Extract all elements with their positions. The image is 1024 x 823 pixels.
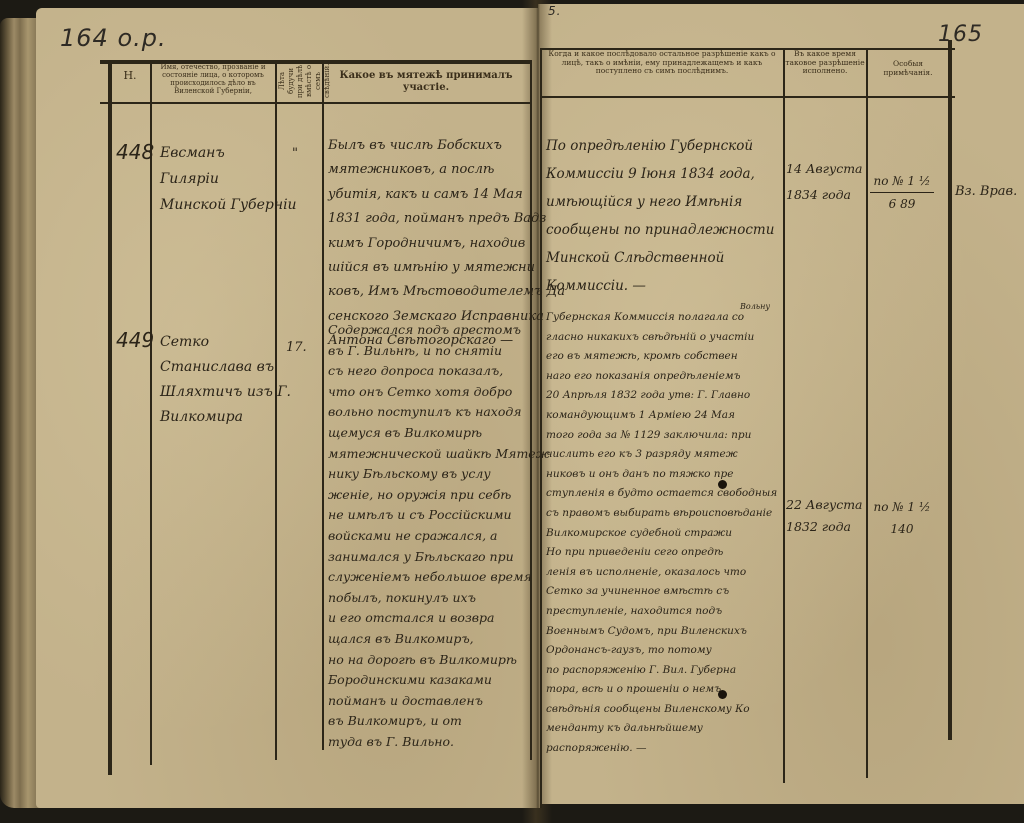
resolution-line: сообщены по принадлежности [546, 216, 774, 244]
col-rule-resolution [783, 48, 785, 783]
participation-line: ковъ, Имъ Мѣстоводителемъ Да [328, 280, 565, 304]
executed-line: 14 Августа [786, 156, 863, 182]
name-line: Шляхтичъ изъ Г. [160, 380, 291, 405]
header-participation: Какое въ мятежѣ принималъ участіе. [324, 70, 528, 93]
resolution-line: наго его показанія опредѣленіемъ [546, 367, 777, 387]
remarks-fraction-bottom: 6 89 [870, 193, 934, 215]
participation-line: въ Вилкомиръ, и от [328, 711, 550, 732]
participation-line: и его отстался и возвра [328, 608, 550, 629]
right-page-top-mark: 5. [548, 4, 561, 18]
resolution-line: его въ мятежѣ, кромѣ собствен [546, 347, 777, 367]
resolution-line: распоряженію. — [546, 739, 777, 759]
remarks-fraction-top: по № 1 ½ [870, 170, 934, 193]
participation-line: что онъ Сетко хотя добро [328, 382, 550, 403]
participation-line: съ него допроса показалъ, [328, 361, 550, 382]
left-margin-rule [108, 60, 112, 775]
participation-line: кимъ Городничимъ, находив [328, 232, 565, 256]
participation-line: мятежнической шайкѣ Мятеж [328, 444, 550, 465]
name-line: Сетко [160, 330, 291, 355]
header-resolution: Когда и какое послѣдовало остальное разр… [542, 50, 782, 76]
name-line: Евсманъ [160, 140, 297, 166]
header-name: Имя, отечество, прозваніе и состояніе ли… [152, 63, 274, 95]
entry-449-name: Сетко Станислава въ Шляхтичъ изъ Г. Вилк… [160, 330, 291, 430]
resolution-line: Вилкомирское судебной стражи [546, 524, 777, 544]
resolution-line: преступленіе, находится подъ [546, 602, 777, 622]
col-rule-age [322, 60, 324, 750]
resolution-line: ступленія в будто остается свободныя [546, 484, 777, 504]
participation-line: не имѣлъ и съ Россійскими [328, 505, 550, 526]
resolution-line: числить его къ 3 разряду мятеж [546, 445, 777, 465]
header-bottom-rule [100, 102, 530, 104]
participation-line: щался въ Вилкомиръ, [328, 629, 550, 650]
participation-line: Бородинскими казаками [328, 670, 550, 691]
resolution-line: Губернская Коммиссія полагала со [546, 308, 777, 328]
participation-line: убитія, какъ и самъ 14 Мая [328, 183, 565, 207]
entry-449-number: 449 [116, 328, 154, 352]
resolution-line: тора, всѣ и о прошеніи о немъ [546, 680, 777, 700]
participation-line: щемуся въ Вилкомирѣ [328, 423, 550, 444]
participation-line: войсками не сражался, а [328, 526, 550, 547]
name-line: Минской Губерніи [160, 192, 297, 218]
participation-line: занимался у Бѣльскаго при [328, 547, 550, 568]
resolution-line: съ правомъ выбирать вѣроисповѣданіе [546, 504, 777, 524]
entry-449-resolution: Губернская Коммиссія полагала со гласно … [546, 308, 777, 759]
resolution-line: командующимъ 1 Арміею 24 Мая [546, 406, 777, 426]
resolution-line: Но при приведеніи сего опредѣ [546, 543, 777, 563]
entry-448-remarks: по № 1 ½ 6 89 [870, 170, 934, 215]
entry-449-participation: Содержался подъ арестомъ въ Г. Вильнѣ, и… [328, 320, 550, 752]
entry-448-age: " [292, 142, 298, 166]
participation-line: туда въ Г. Вильно. [328, 732, 550, 753]
entry-448-name: Евсманъ Гилярiи Минской Губерніи [160, 140, 297, 218]
participation-line: 1831 года, пойманъ предъ Вадз [328, 207, 565, 231]
entry-449-age: 17. [286, 336, 307, 360]
entry-449-remarks: по № 1 ½ 140 [870, 496, 934, 540]
ink-stain [718, 690, 727, 699]
executed-line: 22 Августа [786, 494, 863, 516]
participation-line: въ Г. Вильнѣ, и по снятіи [328, 341, 550, 362]
resolution-line: Коммиссіи. — [546, 272, 774, 300]
resolution-line: Военнымъ Судомъ, при Виленскихъ [546, 622, 777, 642]
col-rule-number [150, 60, 152, 765]
participation-line: но на дорогѣ въ Вилкомирѣ [328, 650, 550, 671]
name-line: Станислава въ [160, 355, 291, 380]
participation-line: Содержался подъ арестомъ [328, 320, 550, 341]
right-header-bottom-rule [540, 96, 955, 98]
entry-448-margin-note: Вз. Врав. [955, 180, 1017, 204]
resolution-line: Сетко за учиненное вмѣстѣ съ [546, 582, 777, 602]
executed-line: 1832 года [786, 516, 863, 538]
participation-line: вольно поступилъ къ находя [328, 402, 550, 423]
participation-line: шійся въ имѣнію у мятежни [328, 256, 565, 280]
resolution-line: Коммиссіи 9 Іюня 1834 года, [546, 160, 774, 188]
executed-line: 1834 года [786, 182, 863, 208]
header-remarks: Особыя примѣчанія. [868, 60, 948, 77]
header-age: Лѣта будучи при дѣлѣ вмѣстѣ о семъ свѣдѣ… [278, 62, 320, 100]
entry-448-number: 448 [116, 140, 154, 164]
resolution-line: никовъ и онъ данъ по тяжко пре [546, 465, 777, 485]
resolution-line: того года за № 1129 заключила: при [546, 426, 777, 446]
col-rule-executed [866, 48, 868, 778]
participation-line: женіе, но оружія при себѣ [328, 485, 550, 506]
resolution-line: Минской Слѣдственной [546, 244, 774, 272]
ink-stain [718, 480, 727, 489]
name-line: Гилярiи [160, 166, 297, 192]
participation-line: пойманъ и доставленъ [328, 691, 550, 712]
resolution-line: Ордонансъ-гаузъ, то потому [546, 641, 777, 661]
participation-line: побылъ, покинулъ ихъ [328, 588, 550, 609]
left-folio-number: 164 о.р. [60, 24, 167, 52]
entry-448-resolution: По опредѣленію Губернской Коммиссіи 9 Ію… [546, 132, 774, 300]
participation-line: мятежниковъ, а послѣ [328, 158, 565, 182]
resolution-line: свѣдѣнія сообщены Виленскому Ко [546, 700, 777, 720]
resolution-line: по распоряженію Г. Вил. Губерна [546, 661, 777, 681]
entry-448-executed-date: 14 Августа 1834 года [786, 156, 863, 208]
header-executed-when: Въ какое время таковое разрѣшеніе исполн… [785, 50, 865, 76]
resolution-line: менданту къ дальнѣйшему [546, 719, 777, 739]
participation-line: Былъ въ числѣ Бобскихъ [328, 134, 565, 158]
resolution-line: 20 Апрѣля 1832 года утв: Г. Главно [546, 386, 777, 406]
resolution-line: ленія въ исполненіе, оказалось что [546, 563, 777, 583]
entry-449-executed-date: 22 Августа 1832 года [786, 494, 863, 538]
resolution-line: гласно никакихъ свѣдѣній о участіи [546, 328, 777, 348]
header-number: Н. [110, 70, 150, 83]
participation-line: служеніемъ небольшое время [328, 567, 550, 588]
right-margin-rule [948, 40, 952, 740]
name-line: Вилкомира [160, 405, 291, 430]
right-folio-number: 165 [938, 22, 983, 47]
resolution-line: имѣющійся у него Имѣнія [546, 188, 774, 216]
participation-line: нику Бѣльскому въ услу [328, 464, 550, 485]
remarks-fraction-top: по № 1 ½ [870, 496, 934, 518]
resolution-line: По опредѣленію Губернской [546, 132, 774, 160]
remarks-fraction-bottom: 140 [870, 518, 934, 540]
